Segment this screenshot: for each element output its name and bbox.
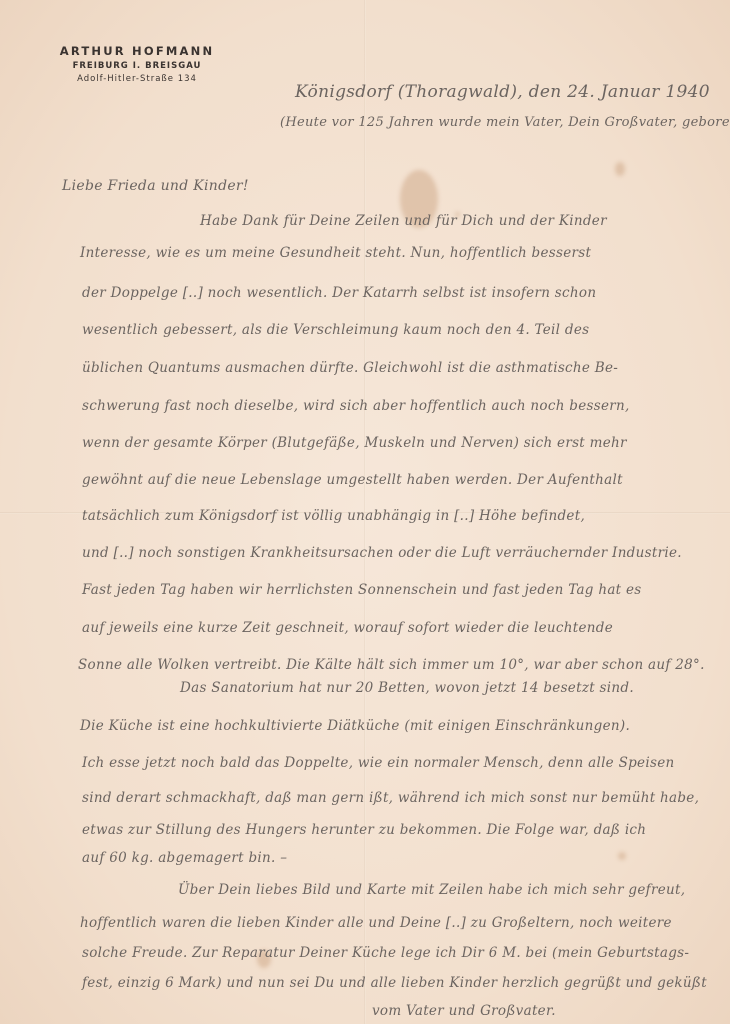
letter-line: solche Freude. Zur Reparatur Deiner Küch…	[82, 945, 689, 961]
sender-name: ARTHUR HOFMANN	[42, 44, 232, 58]
letter-line: tatsächlich zum Königsdorf ist völlig un…	[82, 508, 585, 524]
date-note: (Heute vor 125 Jahren wurde mein Vater, …	[280, 115, 730, 130]
letter-line: etwas zur Stillung des Hungers herunter …	[82, 822, 646, 838]
letter-line: Die Küche ist eine hochkultivierte Diätk…	[80, 718, 630, 734]
letter-line: auf 60 kg. abgemagert bin. –	[82, 850, 287, 866]
letter-page: ARTHUR HOFMANN FREIBURG I. BREISGAU Adol…	[0, 0, 730, 1024]
letterhead: ARTHUR HOFMANN FREIBURG I. BREISGAU Adol…	[42, 44, 232, 84]
letter-line: Habe Dank für Deine Zeilen und für Dich …	[200, 213, 607, 229]
place-date: Königsdorf (Thoragwald), den 24. Januar …	[295, 82, 710, 102]
letter-line: auf jeweils eine kurze Zeit geschneit, w…	[82, 620, 613, 636]
letter-line: wenn der gesamte Körper (Blutgefäße, Mus…	[82, 435, 627, 451]
sender-street: Adolf-Hitler-Straße 134	[42, 74, 232, 84]
stain	[615, 162, 625, 176]
letter-line: wesentlich gebessert, als die Verschleim…	[82, 322, 589, 338]
letter-line: fest, einzig 6 Mark) und nun sei Du und …	[82, 975, 707, 991]
stain	[618, 852, 626, 860]
letter-line: sind derart schmackhaft, daß man gern iß…	[82, 790, 699, 806]
letter-line: Fast jeden Tag haben wir herrlichsten So…	[82, 582, 642, 598]
signature: vom Vater und Großvater.	[372, 1003, 556, 1019]
letter-line: Das Sanatorium hat nur 20 Betten, wovon …	[180, 680, 634, 696]
letter-line: Sonne alle Wolken vertreibt. Die Kälte h…	[78, 657, 705, 673]
letter-line: der Doppelge [..] noch wesentlich. Der K…	[82, 285, 596, 301]
letter-line: gewöhnt auf die neue Lebenslage umgestel…	[82, 472, 623, 488]
letter-line: schwerung fast noch dieselbe, wird sich …	[82, 398, 630, 414]
letter-line: und [..] noch sonstigen Krankheitsursach…	[82, 545, 682, 561]
salutation: Liebe Frieda und Kinder!	[62, 178, 249, 194]
letter-line: Über Dein liebes Bild und Karte mit Zeil…	[178, 882, 685, 898]
letter-line: üblichen Quantums ausmachen dürfte. Glei…	[82, 360, 618, 376]
letter-line: Interesse, wie es um meine Gesundheit st…	[80, 245, 591, 261]
sender-city: FREIBURG I. BREISGAU	[42, 61, 232, 71]
letter-line: hoffentlich waren die lieben Kinder alle…	[80, 915, 672, 931]
letter-line: Ich esse jetzt noch bald das Doppelte, w…	[82, 755, 674, 771]
